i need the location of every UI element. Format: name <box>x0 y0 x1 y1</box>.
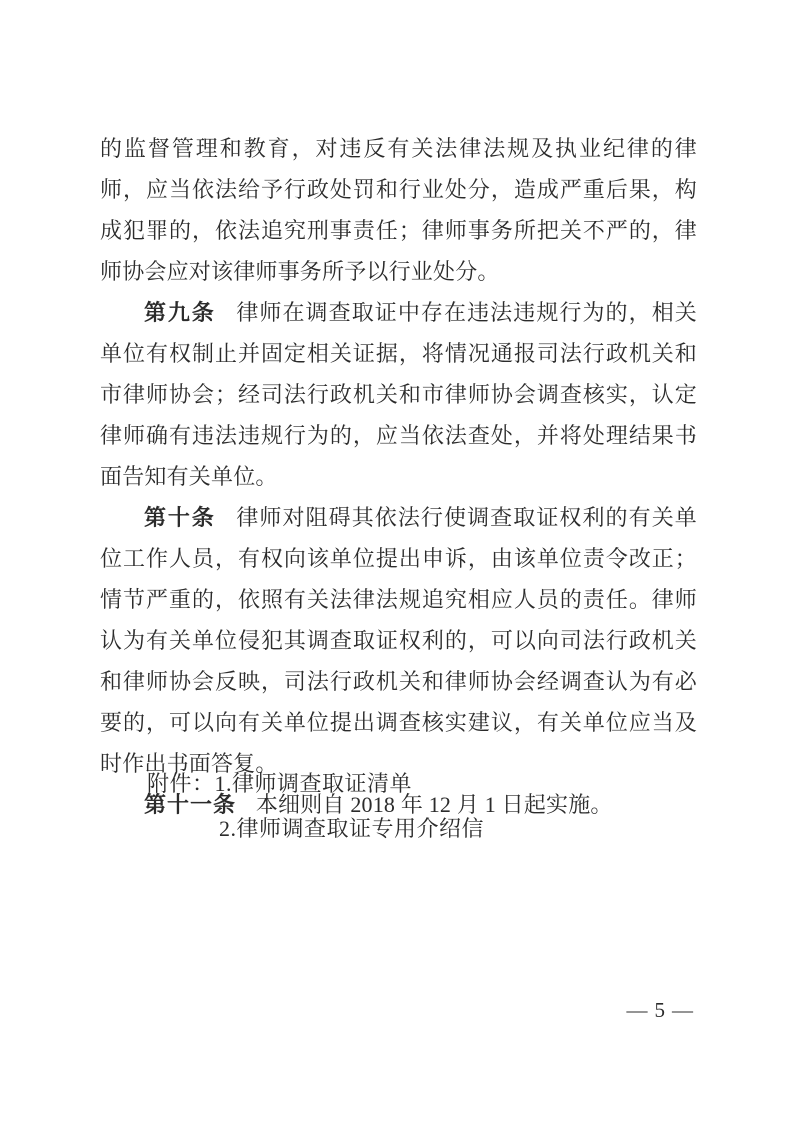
paragraph-article-9: 第九条律师在调查取证中存在违法违规行为的，相关单位有权制止并固定相关证据，将情况… <box>100 292 697 497</box>
page-number-dash-left: — <box>627 998 648 1022</box>
article-9-heading: 第九条 <box>144 300 216 325</box>
paragraph-continuation-text: 的监督管理和教育，对违反有关法律法规及执业纪律的律师，应当依法给予行政处罚和行业… <box>100 136 697 284</box>
attachment-item-2: 2.律师调查取证专用介绍信 <box>219 816 484 841</box>
article-10-heading: 第十条 <box>144 505 216 530</box>
document-body: 的监督管理和教育，对违反有关法律法规及执业纪律的律师，应当依法给予行政处罚和行业… <box>100 128 697 825</box>
attachment-item-1: 1.律师调查取证清单 <box>215 771 413 796</box>
attachments-section: 附件：1.律师调查取证清单 2.律师调查取证专用介绍信 <box>147 761 484 851</box>
paragraph-continuation: 的监督管理和教育，对违反有关法律法规及执业纪律的律师，应当依法给予行政处罚和行业… <box>100 128 697 292</box>
page-number-value: 5 <box>655 998 666 1022</box>
document-page: 的监督管理和教育，对违反有关法律法规及执业纪律的律师，应当依法给予行政处罚和行业… <box>0 0 793 1122</box>
attachment-row-2: 2.律师调查取证专用介绍信 <box>147 806 484 851</box>
page-number-dash-right: — <box>672 998 693 1022</box>
article-9-text: 律师在调查取证中存在违法违规行为的，相关单位有权制止并固定相关证据，将情况通报司… <box>100 300 697 489</box>
page-number: —5— <box>620 997 701 1023</box>
article-10-text: 律师对阻碍其依法行使调查取证权利的有关单位工作人员，有权向该单位提出申诉，由该单… <box>100 505 697 776</box>
attachments-label: 附件： <box>147 761 215 806</box>
paragraph-article-10: 第十条律师对阻碍其依法行使调查取证权利的有关单位工作人员，有权向该单位提出申诉，… <box>100 497 697 784</box>
attachment-row-1: 附件：1.律师调查取证清单 <box>147 761 484 806</box>
